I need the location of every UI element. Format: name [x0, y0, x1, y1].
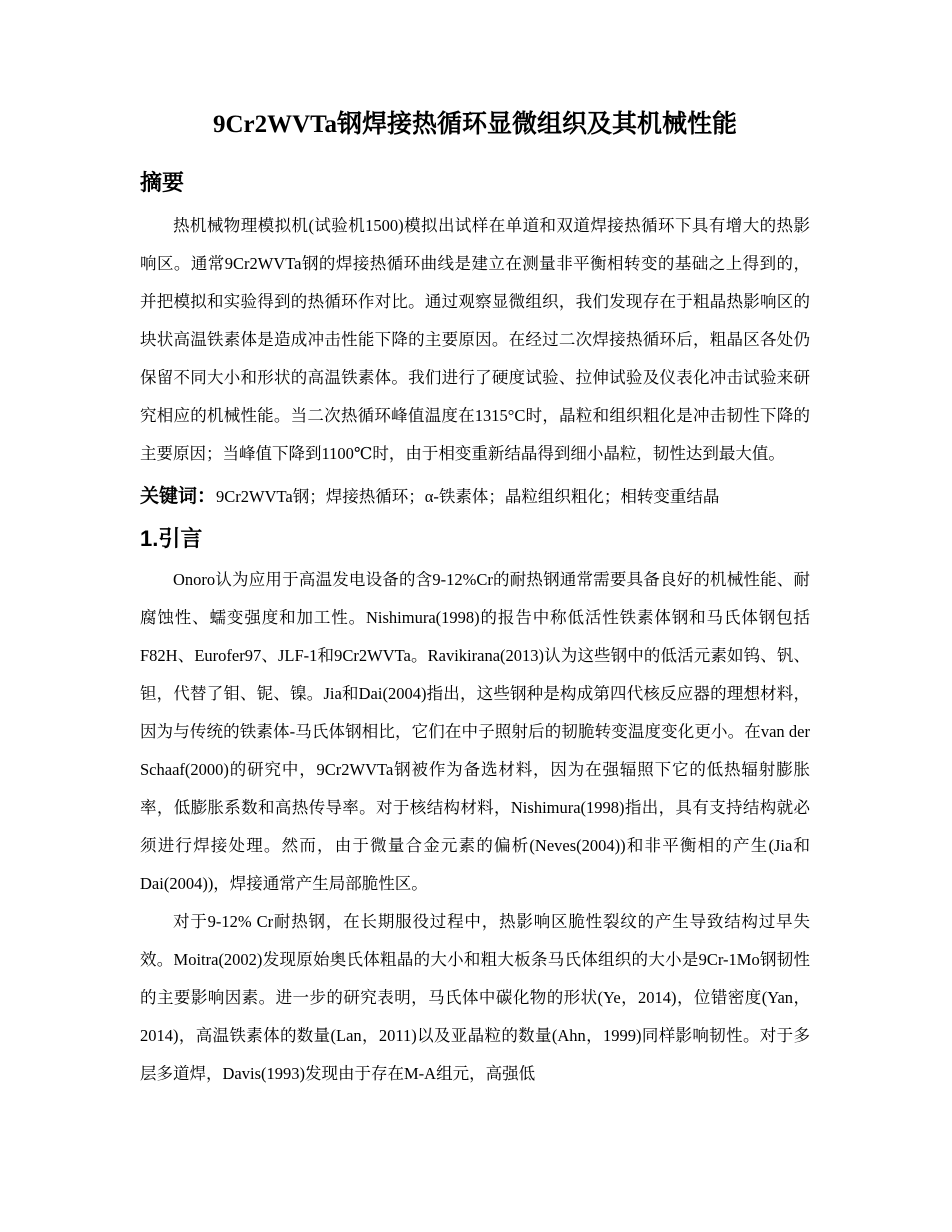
paper-title-latin: 9Cr2WVTa: [213, 111, 337, 138]
keywords-line: 关键词：9Cr2WVTa钢；焊接热循环；α-铁素体；晶粒组织粗化；相转变重结晶: [140, 477, 810, 517]
introduction-paragraph-2: 对于9-12% Cr耐热钢，在长期服役过程中，热影响区脆性裂纹的产生导致结构过早…: [140, 903, 810, 1093]
paper-title: 9Cr2WVTa钢焊接热循环显微组织及其机械性能: [140, 106, 810, 143]
introduction-heading: 1.引言: [140, 523, 810, 555]
abstract-heading: 摘要: [140, 167, 810, 199]
keywords-label: 关键词：: [140, 486, 216, 507]
keywords-text: 9Cr2WVTa钢；焊接热循环；α-铁素体；晶粒组织粗化；相转变重结晶: [216, 487, 719, 506]
document-page: 9Cr2WVTa钢焊接热循环显微组织及其机械性能 摘要 热机械物理模拟机(试验机…: [0, 0, 952, 1232]
abstract-paragraph: 热机械物理模拟机(试验机1500)模拟出试样在单道和双道焊接热循环下具有增大的热…: [140, 207, 810, 473]
introduction-paragraph-1: Onoro认为应用于高温发电设备的含9-12%Cr的耐热钢通常需要具备良好的机械…: [140, 561, 810, 903]
paper-title-cjk: 钢焊接热循环显微组织及其机械性能: [337, 110, 737, 138]
